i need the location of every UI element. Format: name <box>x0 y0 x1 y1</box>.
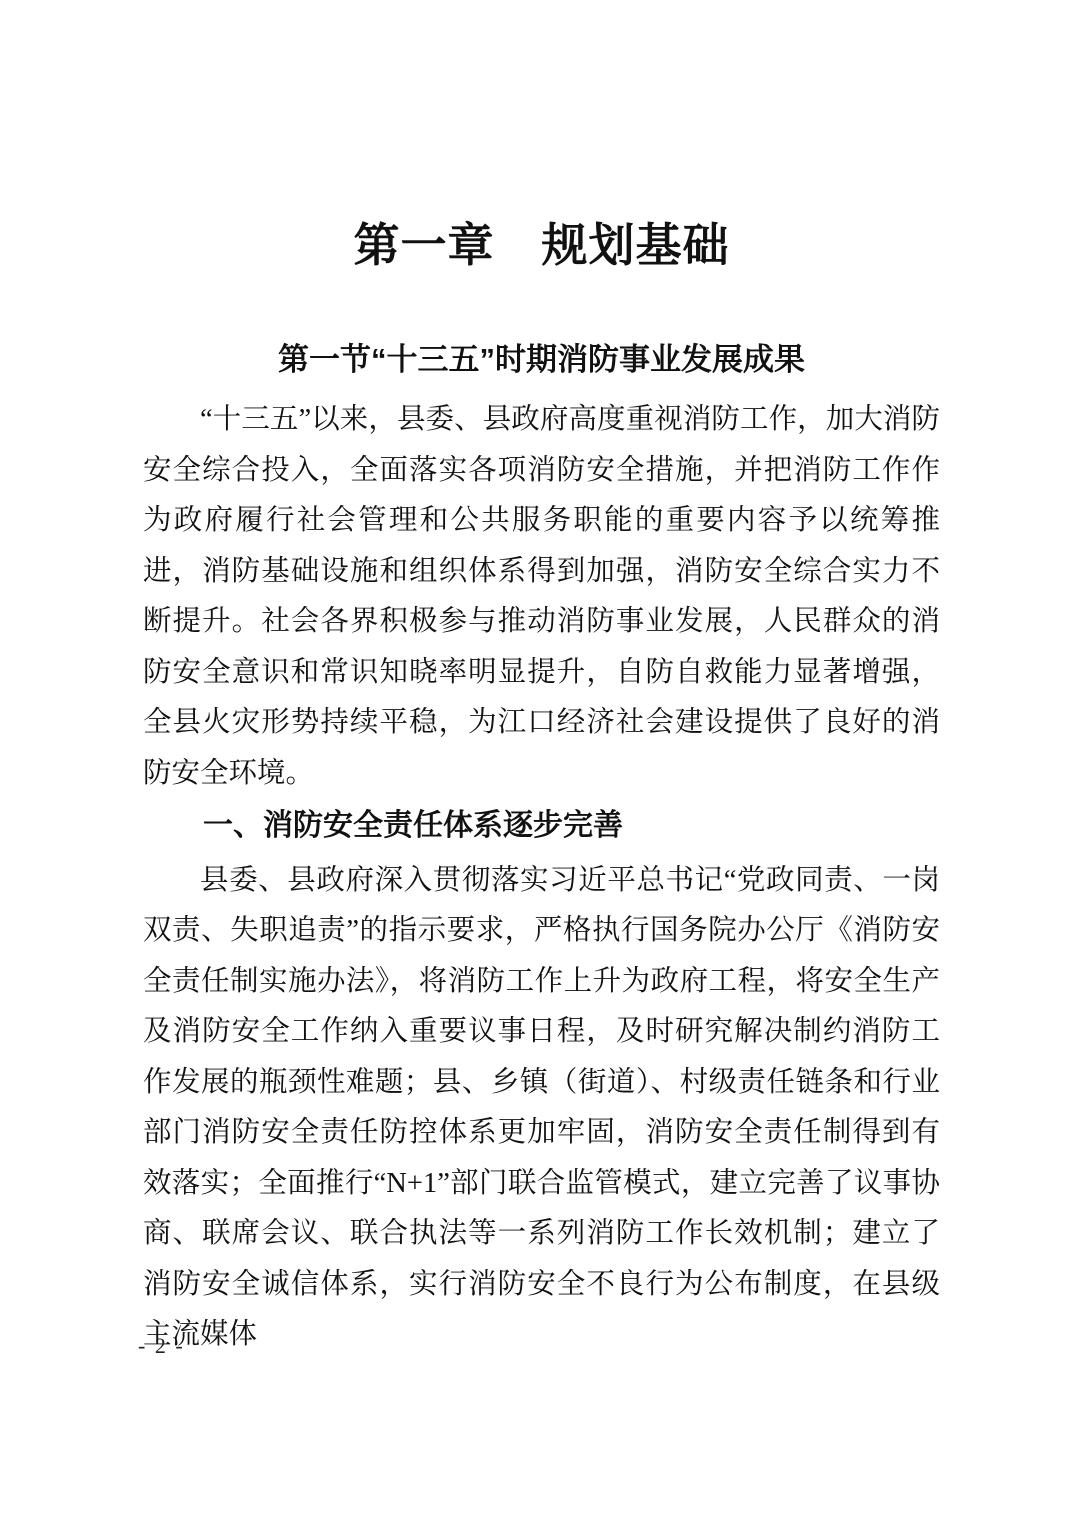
subsection-heading: 一、消防安全责任体系逐步完善 <box>143 801 940 852</box>
paragraph-1: “十三五”以来，县委、县政府高度重视消防工作，加大消防安全综合投入，全面落实各项… <box>143 395 940 799</box>
paragraph-2: 县委、县政府深入贯彻落实习近平总书记“党政同责、一岗双责、失职追责”的指示要求，… <box>143 856 940 1361</box>
page-number: - 2 - <box>138 1333 185 1359</box>
document-page: 第一章 规划基础 第一节“十三五”时期消防事业发展成果 “十三五”以来，县委、县… <box>0 0 1074 1520</box>
section-heading: 第一节“十三五”时期消防事业发展成果 <box>143 340 940 380</box>
text-column: 第一章 规划基础 第一节“十三五”时期消防事业发展成果 “十三五”以来，县委、县… <box>143 0 940 1361</box>
chapter-title: 第一章 规划基础 <box>143 218 940 273</box>
